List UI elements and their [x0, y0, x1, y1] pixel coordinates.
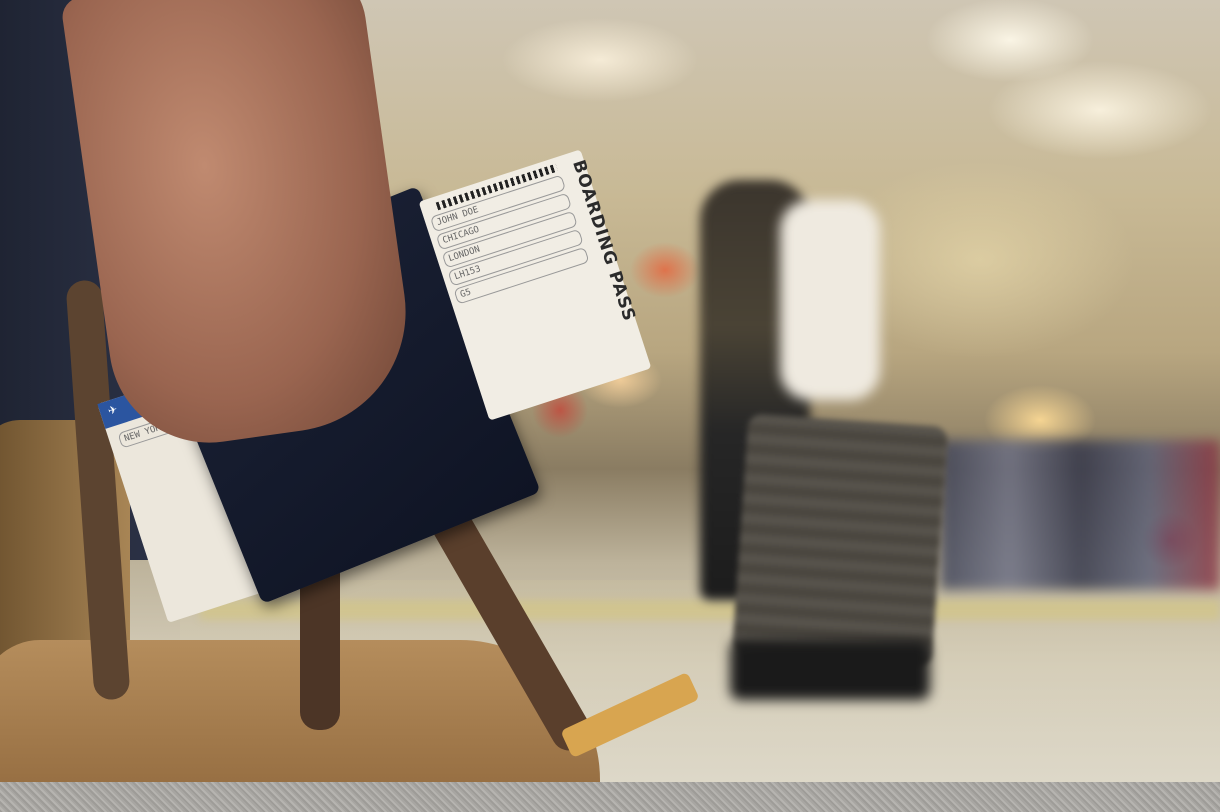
airport-photo: ✈ NEW YORK JOHN DOE CHICAGO LONDON LH153…	[0, 0, 1220, 782]
blurred-crowd	[940, 440, 1220, 590]
floor-marking	[200, 600, 1220, 620]
textured-footer-strip	[0, 782, 1220, 812]
suitcase-base	[730, 640, 930, 700]
traveler-shirt	[780, 200, 880, 400]
rolling-suitcase	[732, 413, 948, 666]
